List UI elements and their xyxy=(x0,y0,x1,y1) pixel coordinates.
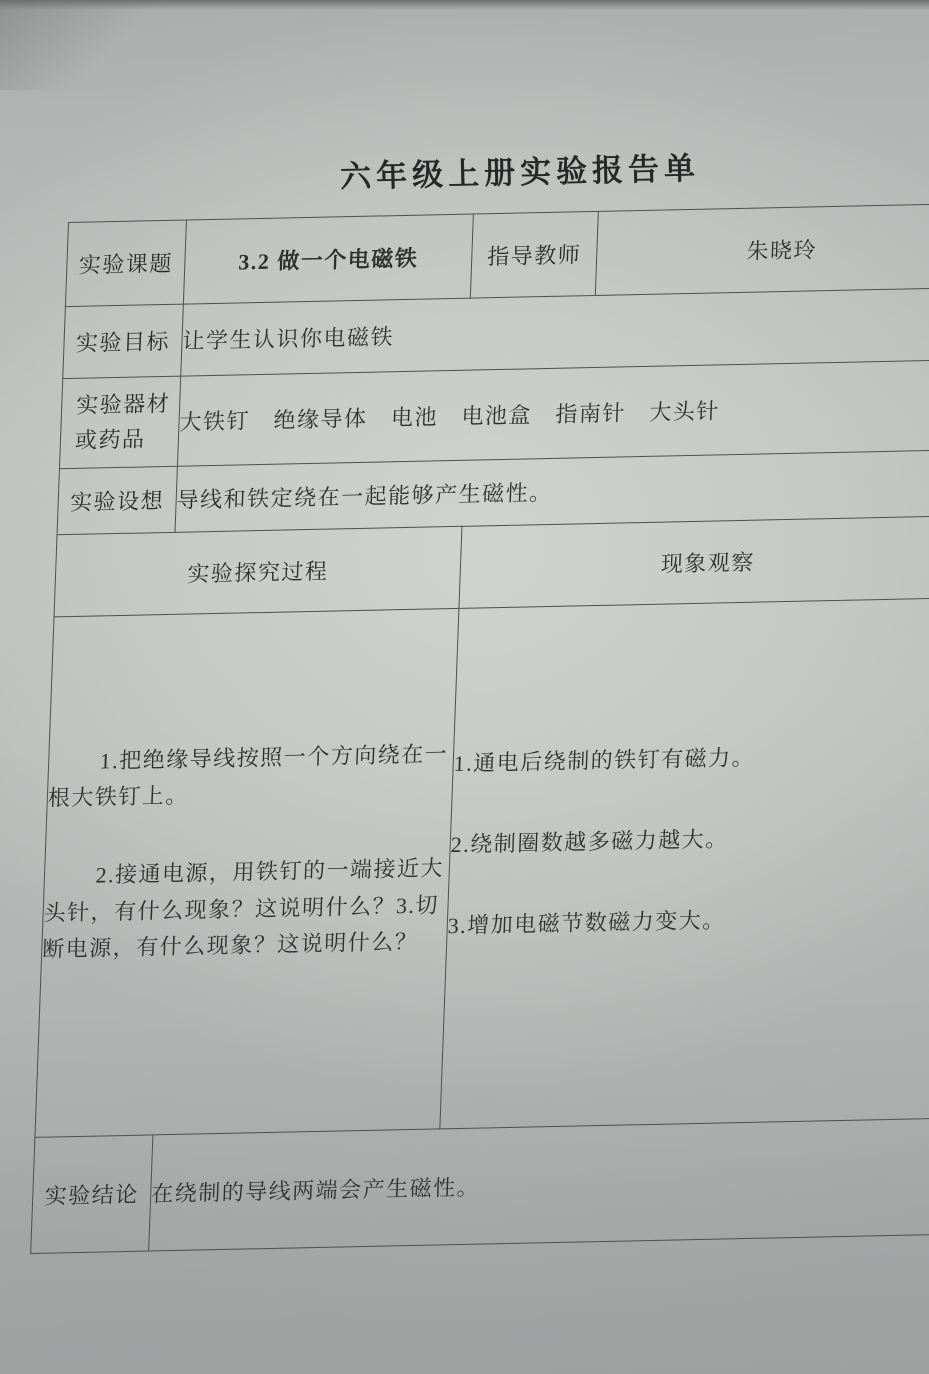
teacher-label: 指导教师 xyxy=(470,211,598,298)
observations-cell: 1.通电后绕制的铁钉有磁力。 2.绕制圈数越多磁力越大。 3.增加电磁节数磁力变… xyxy=(440,598,929,1129)
process-steps-cell: 1.把绝缘导线按照一个方向绕在一根大铁钉上。 2.接通电源，用铁钉的一端接近大头… xyxy=(35,608,459,1137)
topic-label: 实验课题 xyxy=(65,220,186,307)
process-step: 2.接通电源，用铁钉的一端接近大头针，有什么现象？这说明什么？3.切断电源，有什… xyxy=(42,850,450,967)
photo-corner-shadow xyxy=(0,0,180,90)
teacher-name: 朱晓玲 xyxy=(595,204,929,296)
observation-item: 1.通电后绕制的铁钉有磁力。 xyxy=(453,737,929,780)
process-step: 1.把绝缘导线按照一个方向绕在一根大铁钉上。 xyxy=(47,736,454,817)
table-row-conclusion: 实验结论 在绕制的导线两端会产生磁性。 xyxy=(31,1119,929,1254)
page-title: 六年级上册实验报告单 xyxy=(300,141,741,197)
conclusion-value: 在绕制的导线两端会产生磁性。 xyxy=(149,1119,929,1251)
report-sheet: 实验课题 3.2 做一个电磁铁 指导教师 朱晓玲 实验目标 让学生认识你电磁铁 … xyxy=(30,203,929,1254)
observation-header: 现象观察 xyxy=(459,516,929,608)
table-row-process-content: 1.把绝缘导线按照一个方向绕在一根大铁钉上。 2.接通电源，用铁钉的一端接近大头… xyxy=(35,598,929,1137)
equipment-value: 大铁钉 绝缘导体 电池 电池盒 指南针 大头针 xyxy=(177,360,929,466)
conclusion-label: 实验结论 xyxy=(31,1135,153,1254)
observation-item: 2.绕制圈数越多磁力越大。 xyxy=(450,818,929,861)
process-header: 实验探究过程 xyxy=(54,526,462,617)
hypothesis-label: 实验设想 xyxy=(57,466,177,535)
observation-item: 3.增加电磁节数磁力变大。 xyxy=(447,899,929,942)
equipment-label-text: 实验器材 或药品 xyxy=(60,387,179,458)
equipment-label: 实验器材 或药品 xyxy=(59,376,180,469)
experiment-report-table: 实验课题 3.2 做一个电磁铁 指导教师 朱晓玲 实验目标 让学生认识你电磁铁 … xyxy=(30,203,929,1254)
goal-label: 实验目标 xyxy=(63,304,184,379)
topic-value: 3.2 做一个电磁铁 xyxy=(183,214,473,304)
